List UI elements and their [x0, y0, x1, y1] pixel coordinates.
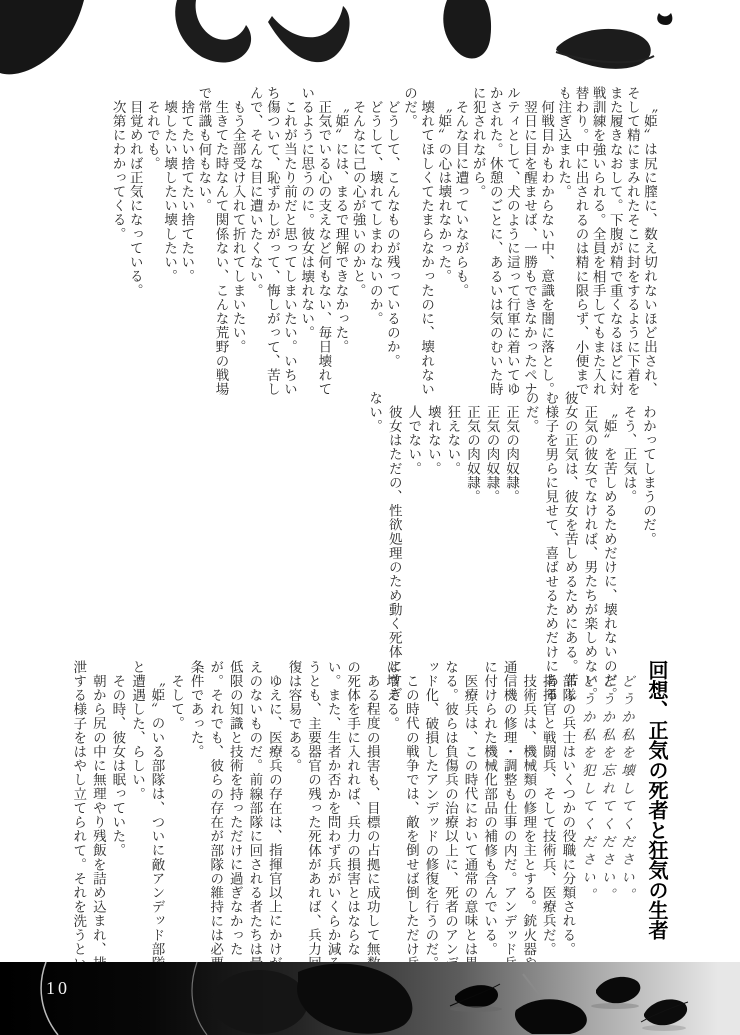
top-feather-icon — [0, 0, 740, 80]
paragraph: その時、彼女は眠っていた。 — [108, 660, 128, 972]
paragraph: 生きてた時なんて関係ない、こんな荒野の戦場で常識も何もない。 — [195, 86, 229, 398]
paragraph: 〝姫〟には、まるで理解できなかった。 — [332, 86, 349, 398]
script-line: どうか私を犯してください。 — [577, 660, 597, 972]
paragraph: ある程度の損害も、目標の占拠に成功して無数の死体を手に入れれば、兵力の損害とはな… — [284, 660, 382, 972]
paragraph: もう全部受け入れて折れてしまいたい。 — [229, 86, 246, 398]
paragraph: 狂えない。 — [443, 391, 463, 703]
script-line: どうか私を壊してください。 — [616, 660, 636, 972]
paragraph: 技術兵は、機械類の修理を主とする。銃火器や通信機の修理・調整も仕事の内だ。アンデ… — [480, 660, 539, 972]
paragraph: 〝姫〟を苦しめるためだけに、壊れないのだ。 — [599, 391, 619, 703]
bottom-feather-icon — [0, 962, 740, 1035]
paragraph: 朝から尻の中に無理やり残飯を詰め込まれ、排泄する様子をはやし立てられて。それを洗… — [69, 660, 108, 972]
paragraph: 正気の肉奴隷。 — [462, 391, 482, 703]
script-line: どうか私を忘れてください。 — [597, 660, 617, 972]
paragraph: どうして、壊れてしまわないのか。 — [367, 86, 384, 398]
paragraph: 人でない。 — [404, 391, 424, 703]
paragraph: 部隊の兵士はいくつかの役職に分類される。 — [558, 660, 578, 972]
paragraph: この時代の戦争では、敵を倒せば倒しただけ兵は増える。 — [382, 660, 421, 972]
paragraph: 正気の彼女でなければ、男たちが楽しめない。彼女の正気は、彼女を苦しめるためにある… — [521, 391, 599, 703]
paragraph: 〝姫〟のいる部隊は、ついに敵アンデッド部隊と遭遇した、らしい。 — [127, 660, 166, 972]
paragraph: そんなに己の心が強いのかと。 — [349, 86, 366, 398]
paragraph: そんな目に遭っていながらも。 — [452, 86, 469, 398]
paragraph: わかってしまうのだ。 — [638, 391, 658, 703]
paragraph: 壊れない。 — [423, 391, 443, 703]
text-block-bottom: 回想、正気の死者と狂気の生者 どうか私を壊してください。 どうか私を忘れてくださ… — [69, 660, 676, 972]
paragraph: 彼女はただの、性欲処理のため動く死体にすぎない。 — [365, 391, 404, 703]
paragraph: これが当たり前だと思ってしまいたい。いちいち傷ついて、恥ずかしがって、悔しがって… — [247, 86, 298, 398]
paragraph: 壊れてほしくてたまらなかったのに、壊れないのだ。 — [401, 86, 435, 398]
paragraph: 正気でいる心の支えなど何もない、毎日壊れているように思うのに。彼女は壊れない。 — [298, 86, 332, 398]
chapter-heading: 回想、正気の死者と狂気の生者 — [643, 660, 668, 972]
paragraph: 壊したい壊したい壊したい。 — [161, 86, 178, 398]
bottom-feather-band: 10 — [0, 962, 740, 1035]
paragraph: どうして、こんなものが残っているのか。 — [384, 86, 401, 398]
paragraph: ゆえに、医療兵の存在は、指揮官以上にかけがえのないものだ。前線部隊に回される者た… — [186, 660, 284, 972]
text-block-middle: わかってしまうのだ。 そう、正気は。 〝姫〟を苦しめるためだけに、壊れないのだ。… — [365, 391, 658, 703]
paragraph: 目覚めれば正気になっている。 — [127, 86, 144, 398]
paragraph: 正気の肉奴隷。 — [502, 391, 522, 703]
paragraph: そう、正気は。 — [619, 391, 639, 703]
paragraph: 捨てたい捨てたい捨てたい。 — [178, 86, 195, 398]
book-page: 〝姫〟は尻に膣に、数え切れないほど出され、そして精にまみれたそこに封をするように… — [0, 0, 740, 1035]
paragraph: 医療兵は、この時代において通常の意味とは異なる。彼らは負傷兵の治療以上に、死者の… — [421, 660, 480, 972]
paragraph: そして。 — [167, 660, 187, 972]
page-number: 10 — [46, 978, 70, 999]
paragraph: 〝姫〟の心は壊れなかった。 — [435, 86, 452, 398]
paragraph: 正気の肉奴隷。 — [482, 391, 502, 703]
paragraph: 翌日に目を醒ませば、一勝もできなかったペナルティとして、犬のように這って行軍に着… — [469, 86, 538, 398]
paragraph: それでも。 — [144, 86, 161, 398]
text-block-top: 〝姫〟は尻に膣に、数え切れないほど出され、そして精にまみれたそこに封をするように… — [110, 86, 659, 398]
paragraph: 何戦目かもわからない中、意識を闇に落とし。 — [538, 86, 555, 398]
paragraph: 指揮官と戦闘兵、そして技術兵、医療兵だ。 — [538, 660, 558, 972]
paragraph: 次第にわかってくる。 — [110, 86, 127, 398]
paragraph: 〝姫〟は尻に膣に、数え切れないほど出され、そして精にまみれたそこに封をするように… — [555, 86, 658, 398]
